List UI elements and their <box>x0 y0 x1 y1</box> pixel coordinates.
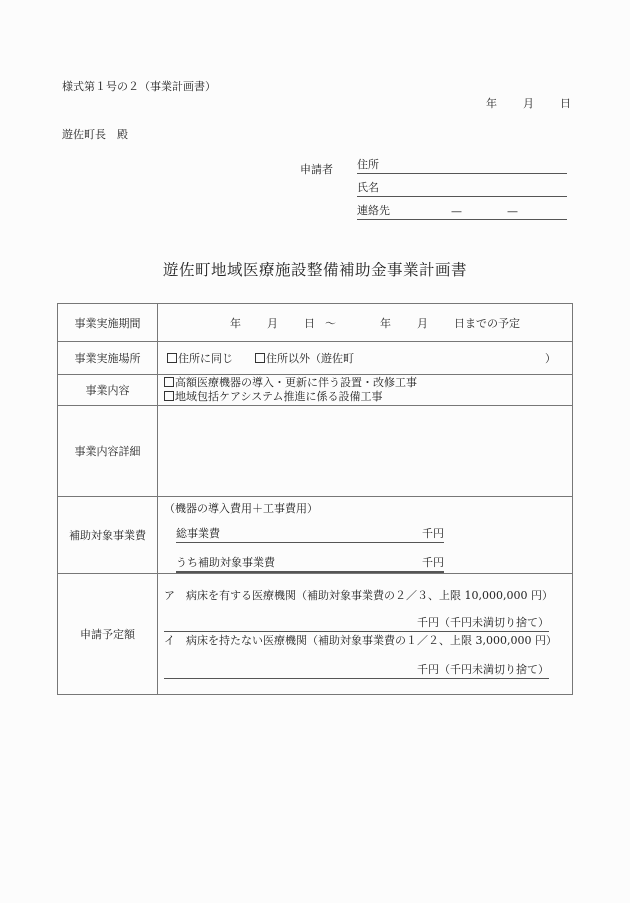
applicant-address-field[interactable]: 住所 <box>357 157 567 174</box>
content-label: 事業内容 <box>58 375 158 406</box>
option-same-address[interactable]: 住所に同じ <box>167 350 233 366</box>
location-field: 住所に同じ 住所以外（遊佐町 ） <box>158 342 573 375</box>
checkbox[interactable] <box>164 377 174 387</box>
cost-field: （機器の導入費用＋工事費用） 総事業費 千円 うち補助対象事業費 千円 <box>158 497 573 574</box>
form-number: 様式第１号の２（事業計画書） <box>62 78 216 94</box>
addressee: 遊佐町長 殿 <box>62 126 128 142</box>
location-label: 事業実施場所 <box>58 342 158 375</box>
end-day: 日までの予定 <box>454 315 520 331</box>
contact-separator: — <box>507 205 518 218</box>
cost-label: 補助対象事業費 <box>58 497 158 574</box>
content-field: 高額医療機器の導入・更新に伴う設置・改修工事 地域包括ケアシステム推進に係る設備… <box>158 375 573 406</box>
request-label: 申請予定額 <box>58 574 158 695</box>
detail-label: 事業内容詳細 <box>58 406 158 497</box>
start-day: 日 <box>304 315 315 331</box>
cost-note: （機器の導入費用＋工事費用） <box>164 500 318 516</box>
period-label: 事業実施期間 <box>58 304 158 342</box>
contact-separator: — <box>451 205 462 218</box>
checkbox[interactable] <box>164 391 174 401</box>
row-request: 申請予定額 ア 病床を有する医療機関（補助対象事業費の２／３、上限 10,000… <box>58 574 573 695</box>
row-cost: 補助対象事業費 （機器の導入費用＋工事費用） 総事業費 千円 うち補助対象事業費… <box>58 497 573 574</box>
start-year: 年 <box>230 315 241 331</box>
request-option-b-field[interactable]: 千円（千円未満切り捨て） <box>164 662 549 679</box>
eligible-cost-field[interactable]: うち補助対象事業費 千円 <box>176 556 444 573</box>
start-month: 月 <box>267 315 278 331</box>
date-year: 年 <box>486 95 497 111</box>
option-community-care[interactable]: 地域包括ケアシステム推進に係る設備工事 <box>164 390 572 404</box>
row-location: 事業実施場所 住所に同じ 住所以外（遊佐町 ） <box>58 342 573 375</box>
request-option-a-field[interactable]: 千円（千円未満切り捨て） <box>164 615 549 632</box>
total-cost-field[interactable]: 総事業費 千円 <box>176 527 444 543</box>
row-detail: 事業内容詳細 <box>58 406 573 497</box>
end-year: 年 <box>380 315 391 331</box>
applicant-label: 申請者 <box>300 161 333 177</box>
detail-field[interactable] <box>158 406 573 497</box>
request-field: ア 病床を有する医療機関（補助対象事業費の２／３、上限 10,000,000 円… <box>158 574 573 695</box>
checkbox[interactable] <box>255 353 265 363</box>
option-other-address[interactable]: 住所以外（遊佐町 <box>255 350 354 366</box>
row-content: 事業内容 高額医療機器の導入・更新に伴う設置・改修工事 地域包括ケアシステム推進… <box>58 375 573 406</box>
name-label: 氏名 <box>357 179 379 195</box>
applicant-contact-field[interactable]: 連絡先 — — <box>357 203 567 220</box>
request-option-a-label: ア 病床を有する医療機関（補助対象事業費の２／３、上限 10,000,000 円… <box>164 587 553 603</box>
submission-date: 年月日 <box>486 95 571 111</box>
applicant-name-field[interactable]: 氏名 <box>357 180 567 197</box>
close-paren: ） <box>545 350 556 366</box>
period-field[interactable]: 年 月 日 〜 年 月 日までの予定 <box>158 304 573 342</box>
request-option-b-label: イ 病床を持たない医療機関（補助対象事業費の１／２、上限 3,000,000 円… <box>164 632 557 648</box>
document-title: 遊佐町地域医療施設整備補助金事業計画書 <box>0 258 630 280</box>
checkbox[interactable] <box>167 353 177 363</box>
option-medical-equipment[interactable]: 高額医療機器の導入・更新に伴う設置・改修工事 <box>164 376 572 390</box>
date-day: 日 <box>560 95 571 111</box>
period-tilde: 〜 <box>325 315 336 331</box>
contact-label: 連絡先 <box>357 202 390 218</box>
end-month: 月 <box>417 315 428 331</box>
plan-table: 事業実施期間 年 月 日 〜 年 月 日までの予定 事業実施場所 住所に同じ 住… <box>57 303 573 695</box>
address-label: 住所 <box>357 156 379 172</box>
row-period: 事業実施期間 年 月 日 〜 年 月 日までの予定 <box>58 304 573 342</box>
date-month: 月 <box>523 95 534 111</box>
